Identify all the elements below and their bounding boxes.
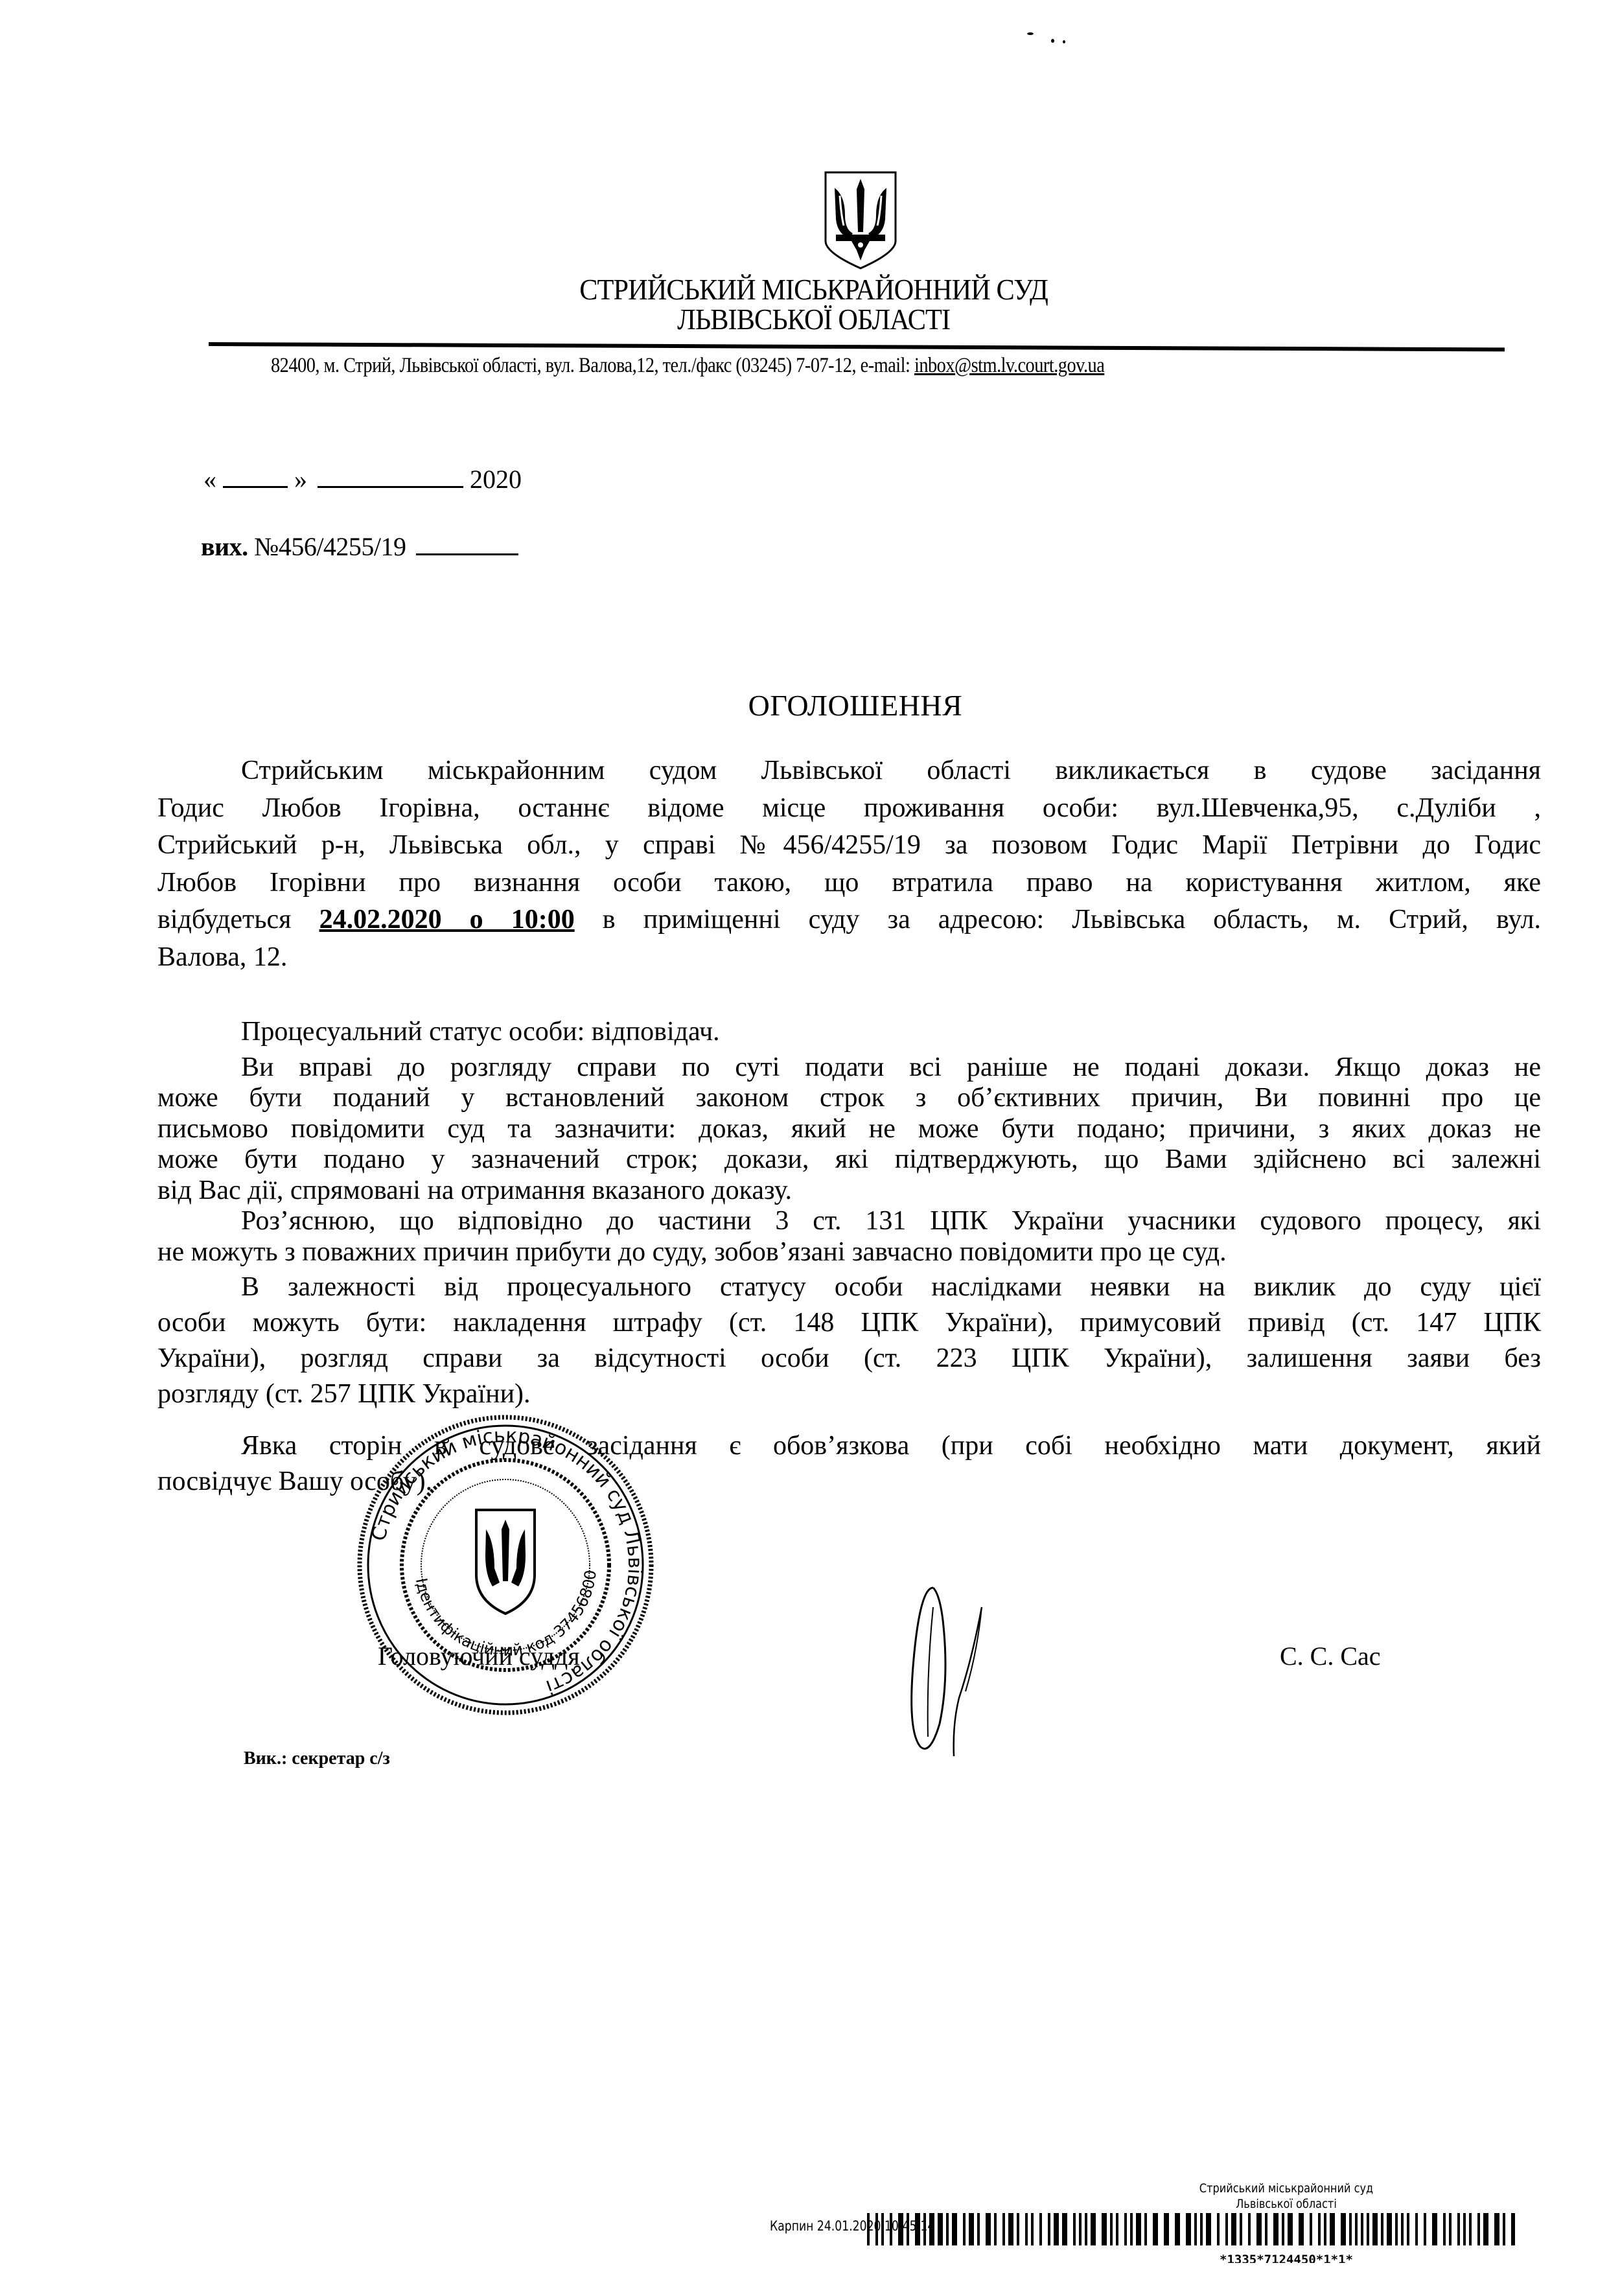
body-text: в приміщенні суду за адресою: Львівська … xyxy=(575,905,1541,934)
body-line: В залежності від процесуального статусу … xyxy=(241,1271,1541,1303)
body-line: відбудеться 24.02.2020 о 10:00 в приміще… xyxy=(157,904,1541,935)
footer-court-name-line1: Стрийський міськрайонний суд xyxy=(1052,2181,1521,2196)
court-address: 82400, м. Стрий, Львівської області, вул… xyxy=(271,354,1104,378)
body-line: Валова, 12. xyxy=(157,942,1541,973)
hearing-datetime: 24.02.2020 о 10:00 xyxy=(319,905,575,934)
date-year: 2020 xyxy=(470,465,522,494)
ref-blank xyxy=(416,553,518,555)
body-line: Ви вправі до розгляду справи по суті под… xyxy=(241,1052,1541,1083)
body-line: Роз’яснюю, що відповідно до частини 3 ст… xyxy=(241,1205,1541,1236)
body-line: письмово повідомити суд та зазначити: до… xyxy=(157,1113,1541,1144)
body-line: не можуть з поважних причин прибути до с… xyxy=(157,1236,1541,1268)
body-line: Любов Ігорівни про визнання особи такою,… xyxy=(157,867,1541,898)
scan-artifact xyxy=(1063,40,1065,43)
ref-number: №456/4255/19 xyxy=(254,532,406,561)
body-line: України), розгляд справи за відсутності … xyxy=(157,1343,1541,1374)
coat-of-arms-trident-icon xyxy=(822,170,899,271)
body-line: Процесуальний статус особи: відповідач. xyxy=(241,1016,1541,1047)
scan-artifact xyxy=(1027,32,1034,35)
address-text: 82400, м. Стрий, Львівської області, вул… xyxy=(271,354,914,377)
body-line: Стрийський р-н, Львівська обл., у справі… xyxy=(157,829,1541,861)
date-open-quote: « xyxy=(203,465,216,494)
email-link[interactable]: inbox@stm.lv.court.gov.ua xyxy=(914,354,1104,377)
header-divider xyxy=(209,342,1505,351)
day-blank xyxy=(223,485,288,488)
body-line: від Вас дії, спрямовані на отримання вка… xyxy=(157,1175,1541,1206)
month-blank xyxy=(318,485,463,488)
barcode-number: *1335*7124450*1*1* xyxy=(1011,2253,1562,2263)
date-close-quote: » xyxy=(294,465,307,494)
signer-name: С. С. Сас xyxy=(1280,1641,1381,1671)
body-text: відбудеться xyxy=(157,905,319,934)
body-line: Годис Любов Ігорівна, останнє відоме міс… xyxy=(157,793,1541,824)
signer-title: Головуючий суддя xyxy=(378,1641,580,1671)
body-line: розгляду (ст. 257 ЦПК України). xyxy=(157,1378,1541,1409)
ref-prefix: вих. xyxy=(201,532,254,561)
body-line: може бути подано у зазначений строк; док… xyxy=(157,1144,1541,1175)
official-seal-icon: Стрийський міськрайонний суд Львівської … xyxy=(353,1413,658,1717)
handwritten-signature xyxy=(894,1581,1056,1763)
outgoing-reference: вих. №456/4255/19 xyxy=(201,531,518,562)
scan-artifact xyxy=(1051,39,1054,43)
body-line: особи можуть бути: накладення штрафу (ст… xyxy=(157,1307,1541,1338)
body-line: може бути поданий у встановлений законом… xyxy=(157,1082,1541,1113)
footer-court-name-line2: Львівської області xyxy=(1052,2197,1521,2211)
document-heading: ОГОЛОШЕННЯ xyxy=(0,688,1620,723)
executor-note: Вик.: секретар с/з xyxy=(244,1748,390,1769)
date-field: « » 2020 xyxy=(203,464,522,494)
body-line: Стрийським міськрайонним судом Львівсько… xyxy=(241,755,1541,786)
document-barcode xyxy=(867,2213,1515,2245)
court-name-line2: ЛЬВІВСЬКОЇ ОБЛАСТІ xyxy=(69,302,1559,336)
